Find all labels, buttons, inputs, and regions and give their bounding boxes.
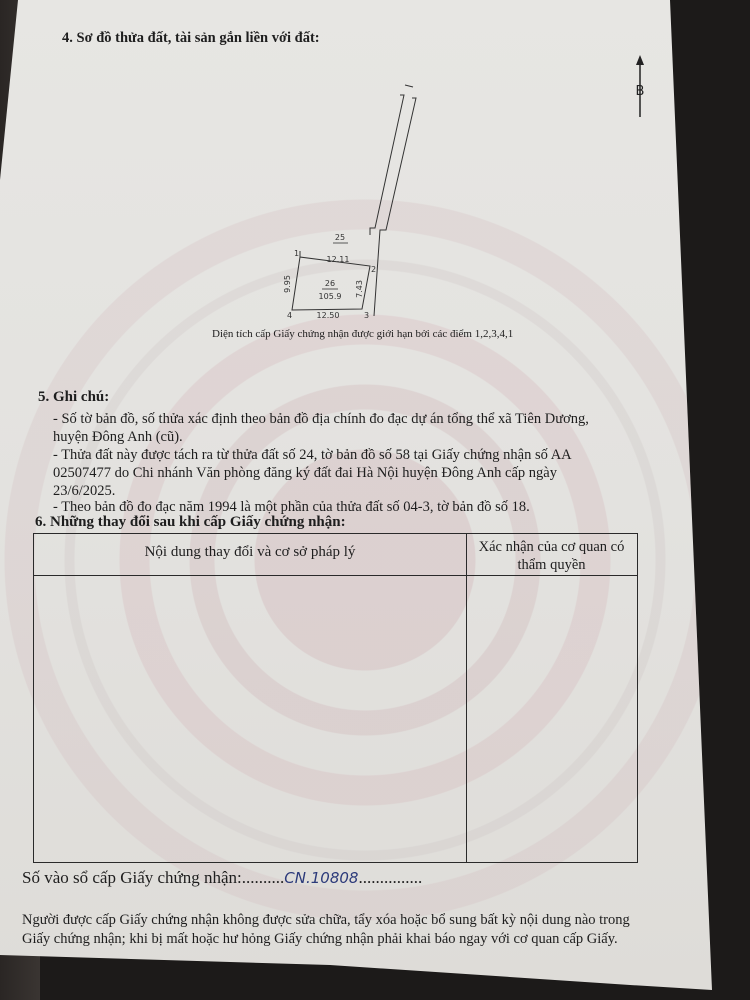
note-line: 02507477 do Chi nhánh Văn phòng đăng ký … <box>53 465 557 482</box>
warning-text: Người được cấp Giấy chứng nhận không đượ… <box>22 911 630 949</box>
column-divider <box>466 534 467 862</box>
section-4-title: 4. Sơ đồ thửa đất, tài sản gắn liền với … <box>62 30 320 47</box>
warning-line: Giấy chứng nhận; khi bị mất hoặc hư hỏng… <box>22 930 630 949</box>
registration-line: Số vào sổ cấp Giấy chứng nhận:..........… <box>22 868 422 888</box>
note-line: huyện Đông Anh (cũ). <box>53 429 183 446</box>
section-6-title: 6. Những thay đổi sau khi cấp Giấy chứng… <box>35 514 346 531</box>
header-divider <box>34 575 637 576</box>
note-line: - Số tờ bản đồ, số thửa xác định theo bả… <box>53 411 589 428</box>
registration-dots: ............... <box>358 868 422 887</box>
section-5-title: 5. Ghi chú: <box>38 389 109 406</box>
changes-table: Nội dung thay đổi và cơ sở pháp lý Xác n… <box>33 533 638 863</box>
registration-dots: .......... <box>242 868 285 887</box>
note-line: 23/6/2025. <box>53 483 115 500</box>
registration-label: Số vào sổ cấp Giấy chứng nhận: <box>22 868 242 887</box>
north-arrow-icon: B <box>630 55 650 120</box>
note-line: - Thửa đất này được tách ra từ thửa đất … <box>53 447 572 464</box>
column-header-confirmation: Xác nhận của cơ quan có thẩm quyền <box>466 538 637 574</box>
diagram-caption: Diện tích cấp Giấy chứng nhận được giới … <box>212 328 513 340</box>
warning-line: Người được cấp Giấy chứng nhận không đượ… <box>22 911 630 930</box>
svg-text:B: B <box>636 84 645 99</box>
registration-number: CN.10808 <box>284 869 358 887</box>
column-header-changes: Nội dung thay đổi và cơ sở pháp lý <box>34 544 466 561</box>
